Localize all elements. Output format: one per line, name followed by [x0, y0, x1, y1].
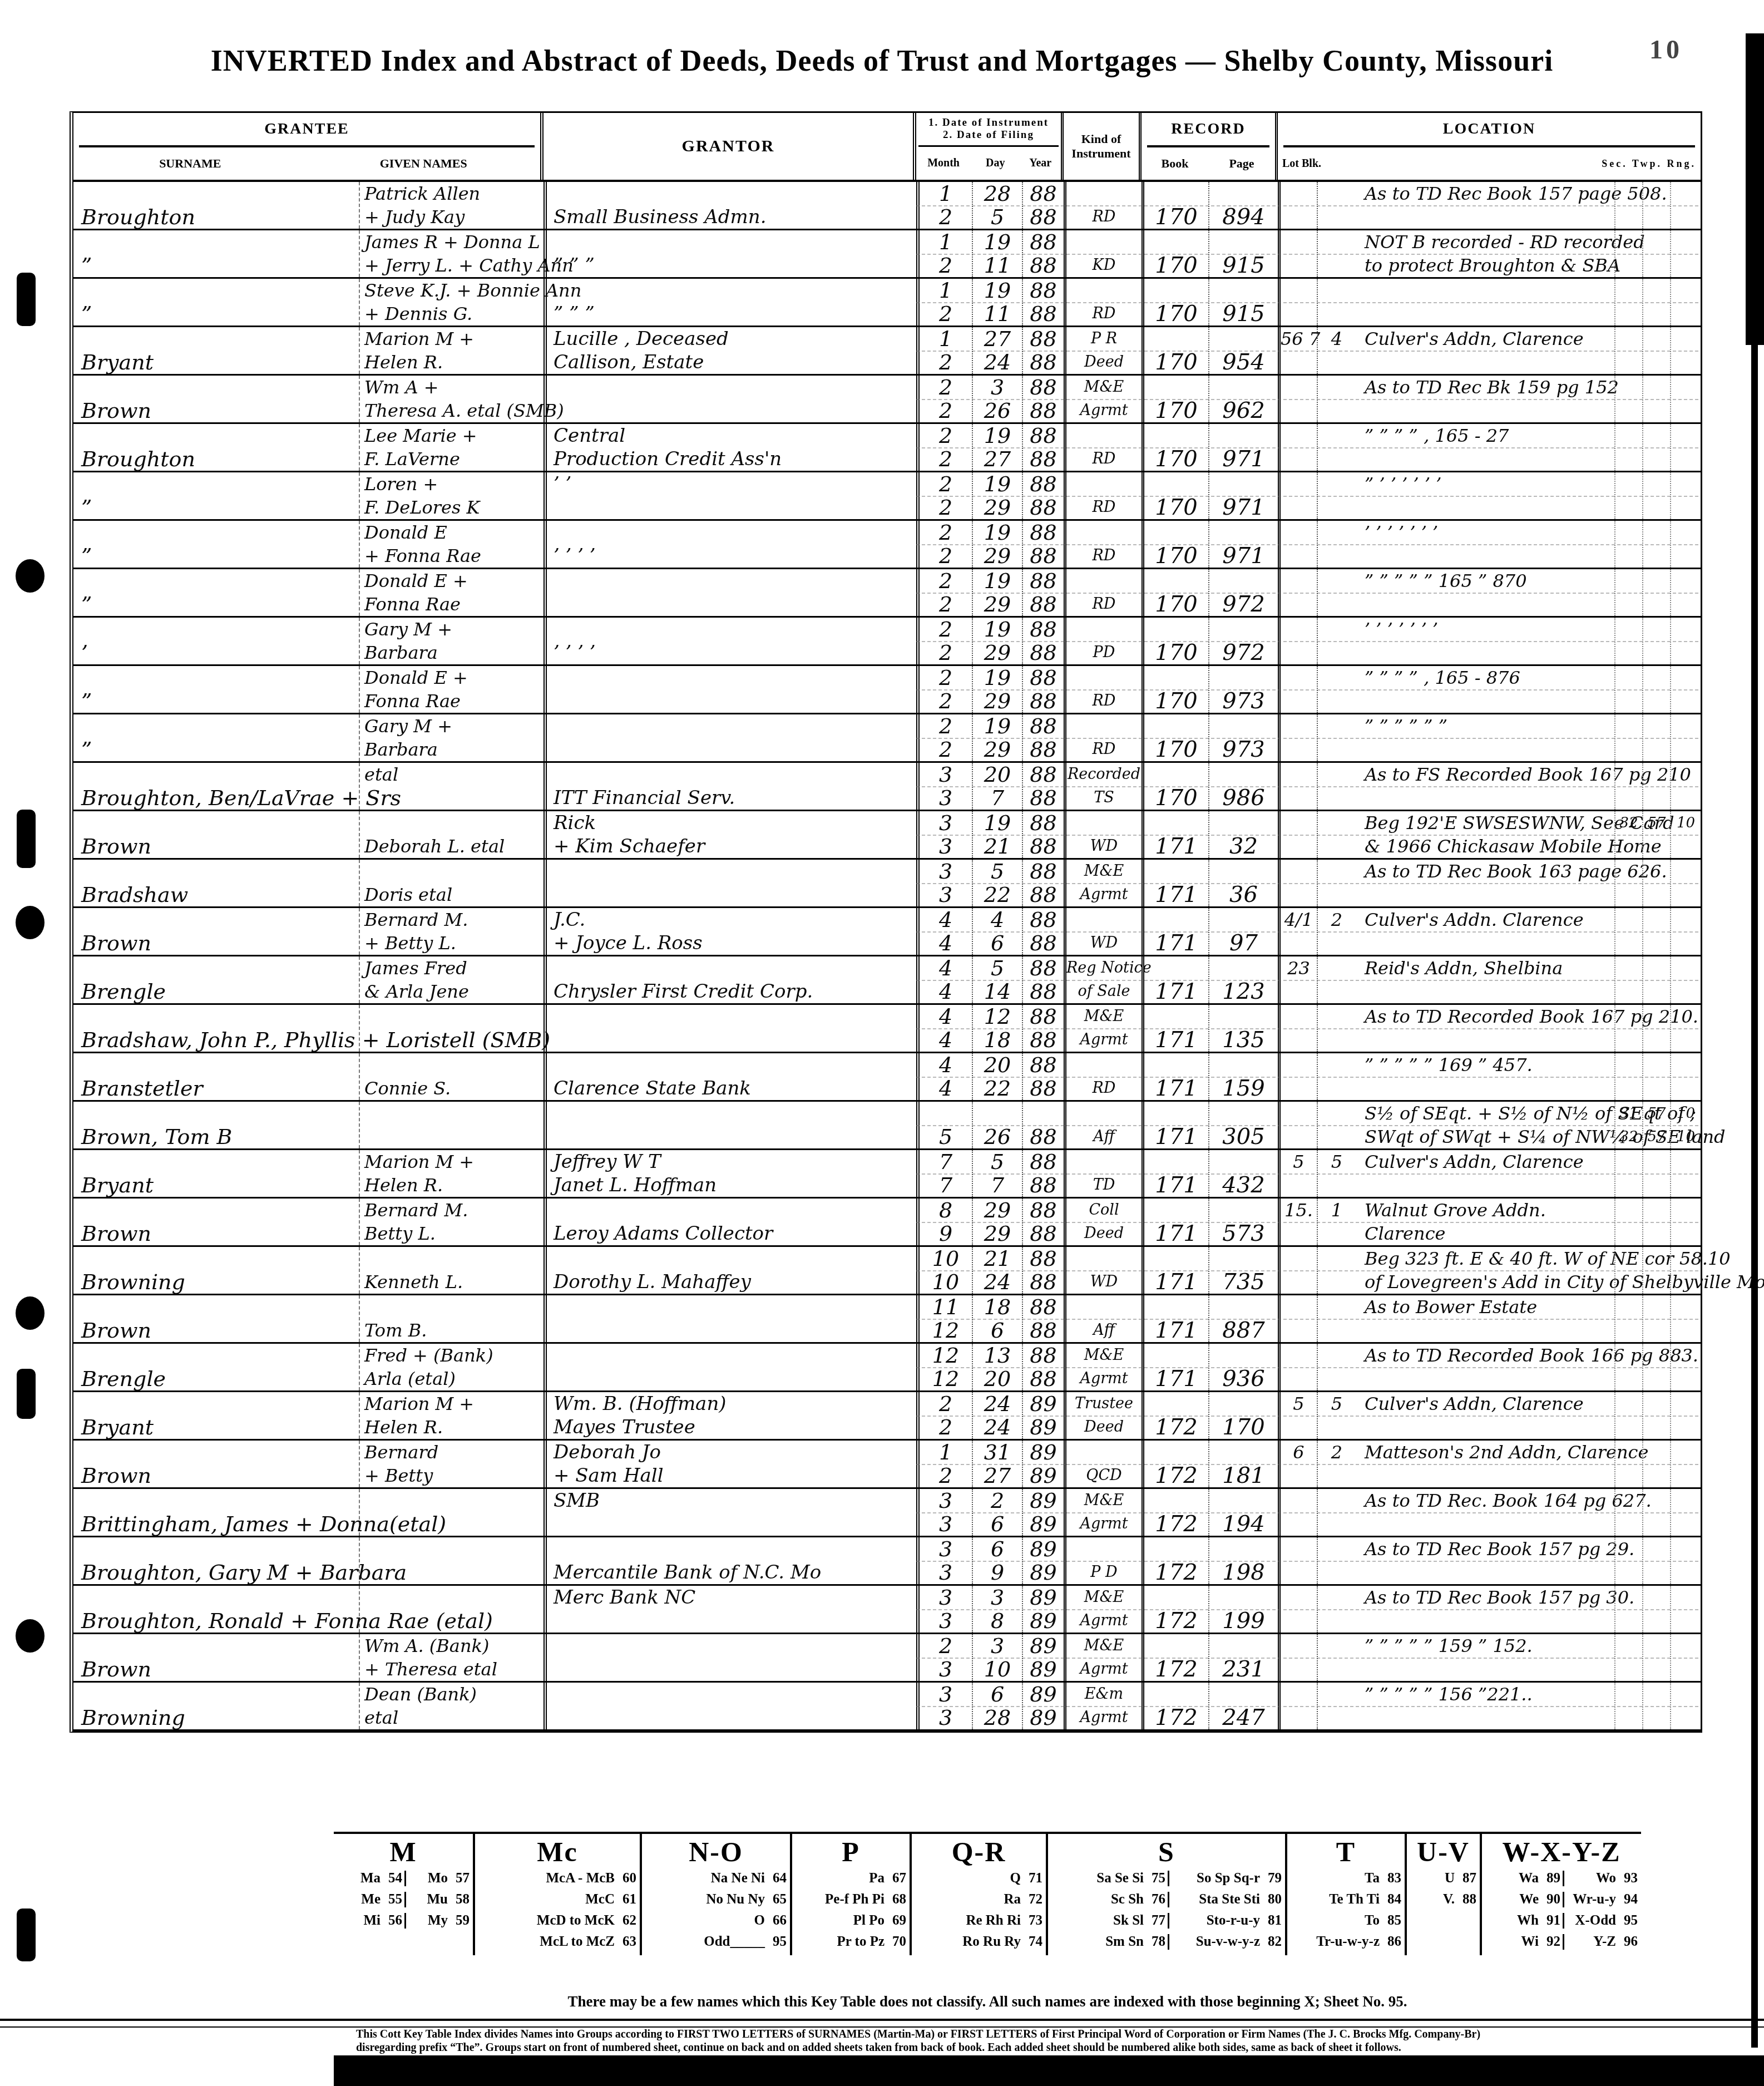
row-date-day: 1911 [972, 230, 1022, 277]
row-surname: ” [73, 569, 360, 616]
row-kind-of-instrument: QCD [1064, 1441, 1142, 1487]
row-surname: Brittingham, James + Donna(etal) [73, 1489, 360, 1536]
row-date-day: 326 [972, 376, 1022, 422]
row-given-names [360, 1489, 543, 1536]
row-date-year: 8888 [1022, 1344, 1064, 1390]
row-date-day: 186 [972, 1295, 1022, 1342]
row-rng [1670, 618, 1701, 664]
row-kind-of-instrument: M&EAgrmt [1064, 376, 1142, 422]
row-date-month: 22 [916, 376, 972, 422]
row-date-year: 8888 [1022, 1053, 1064, 1100]
row-rng [1670, 666, 1701, 713]
row-sec [1614, 376, 1642, 422]
row-twp [1642, 1586, 1670, 1633]
punch-hole-mark [16, 1619, 45, 1653]
row-grantor [543, 714, 916, 761]
fineprint-line1: This Cott Key Table Index divides Names … [356, 2028, 1725, 2041]
row-surname: ” [73, 666, 360, 713]
row-twp [1642, 1005, 1670, 1052]
row-date-year: 8888 [1022, 472, 1064, 519]
key-entry-number: 82 [1268, 1934, 1282, 1950]
row-lot: 23 [1278, 956, 1317, 1003]
row-record-book: 170 [1142, 472, 1208, 519]
row-grantor: Deborah Jo+ Sam Hall [543, 1441, 916, 1487]
row-blk [1317, 714, 1356, 761]
key-entry-label: Pe-f Ph Pi [795, 1892, 890, 1907]
key-section-title: M [337, 1836, 470, 1867]
row-record-page: 247 [1208, 1683, 1278, 1729]
row-record-book: 172 [1142, 1392, 1208, 1439]
row-location: Culver's Addn, Clarence [1356, 1150, 1614, 1197]
row-grantor [543, 1634, 916, 1681]
row-lot [1278, 472, 1317, 519]
row-date-month: 12 [916, 327, 972, 374]
row-date-year: 8888 [1022, 763, 1064, 810]
row-given-names: Gary M +Barbara [360, 618, 543, 664]
key-section-title: T [1291, 1836, 1401, 1867]
row-date-day: 1929 [972, 666, 1022, 713]
row-lot [1278, 666, 1317, 713]
key-entry-label: No Nu Ny [645, 1892, 770, 1907]
row-twp [1642, 1489, 1670, 1536]
row-surname: ’ [73, 618, 360, 664]
row-grantor [543, 1683, 916, 1729]
row-twp [1642, 1537, 1670, 1584]
row-surname: ” [73, 714, 360, 761]
key-entry-label: Wo [1563, 1871, 1622, 1886]
row-rng [1670, 1537, 1701, 1584]
row-sec [1614, 763, 1642, 810]
row-location: Beg 323 ft. E & 40 ft. W of NE cor 58.10… [1356, 1247, 1614, 1294]
row-sec [1614, 956, 1642, 1003]
row-record-book: 170 [1142, 182, 1208, 229]
row-blk [1317, 1683, 1356, 1729]
header-grantee: GRANTEE SURNAME GIVEN NAMES [73, 113, 543, 180]
row-lot [1278, 1247, 1317, 1294]
key-entry-label: Sa Se Si [1051, 1871, 1149, 1886]
row-date-month: 33 [916, 1489, 972, 1536]
row-kind-of-instrument: KD [1064, 230, 1142, 277]
row-kind-of-instrument: RD [1064, 424, 1142, 471]
row-date-year: 8989 [1022, 1586, 1064, 1633]
row-date-year: 8888 [1022, 666, 1064, 713]
row-date-day: 2124 [972, 1247, 1022, 1294]
row-record-page: 123 [1208, 956, 1278, 1003]
row-date-year: 8888 [1022, 1150, 1064, 1197]
row-twp: 5757 [1642, 1102, 1670, 1148]
row-location: ’ ’ ’ ’ ’ ’ ’ [1356, 521, 1614, 568]
row-given-names: Lee Marie +F. LaVerne [360, 424, 543, 471]
row-kind-of-instrument: RD [1064, 472, 1142, 519]
key-entry-label: Odd_____ [645, 1934, 770, 1950]
row-rng [1670, 327, 1701, 374]
row-given-names: Donald E +Fonna Rae [360, 569, 543, 616]
row-sec [1614, 1392, 1642, 1439]
row-date-day: 1929 [972, 569, 1022, 616]
row-given-names: Loren +F. DeLores K [360, 472, 543, 519]
table-row: BryantMarion M +Helen R.Jeffrey W TJanet… [73, 1150, 1701, 1199]
row-lot [1278, 1344, 1317, 1390]
row-record-book: 170 [1142, 714, 1208, 761]
row-blk [1317, 1489, 1356, 1536]
row-given-names: Wm A. (Bank)+ Theresa etal [360, 1634, 543, 1681]
row-record-page: 887 [1208, 1295, 1278, 1342]
row-twp [1642, 569, 1670, 616]
header-surname: SURNAME [73, 156, 307, 171]
row-kind-of-instrument: M&EAgrmt [1064, 1489, 1142, 1536]
row-sec [1614, 666, 1642, 713]
key-entry-number: 96 [1624, 1934, 1638, 1950]
row-grantor: Merc Bank NC [543, 1586, 916, 1633]
header-given-names: GIVEN NAMES [307, 156, 541, 171]
row-lot: 4/1 [1278, 908, 1317, 955]
row-twp [1642, 618, 1670, 664]
row-twp [1642, 908, 1670, 955]
scan-bottom-band [334, 2055, 1764, 2086]
row-date-year: 8888 [1022, 811, 1064, 858]
key-entry-number: 64 [773, 1871, 787, 1886]
row-lot [1278, 1586, 1317, 1633]
row-location: ” ” ” ” ” 165 ” 870 [1356, 569, 1614, 616]
row-given-names: Fred + (Bank)Arla (etal) [360, 1344, 543, 1390]
row-surname: Bryant [73, 327, 360, 374]
row-grantor: Dorothy L. Mahaffey [543, 1247, 916, 1294]
table-row: BrownBernard M.+ Betty L.J.C.+ Joyce L. … [73, 908, 1701, 956]
row-lot: 15. [1278, 1199, 1317, 1245]
row-record-page: 432 [1208, 1150, 1278, 1197]
row-given-names: Deborah L. etal [360, 811, 543, 858]
row-location: Reid's Addn, Shelbina [1356, 956, 1614, 1003]
row-sec [1614, 908, 1642, 955]
row-location: As to TD Rec Bk 159 pg 152 [1356, 376, 1614, 422]
row-lot [1278, 424, 1317, 471]
row-twp [1642, 666, 1670, 713]
row-surname: Broughton, Ben/LaVrae + Srs [73, 763, 360, 810]
row-location: S½ of SEqt. + S½ of N½ of SEqt of ;SWqt … [1356, 1102, 1614, 1148]
row-date-year: 8888 [1022, 424, 1064, 471]
row-date-month: 12 [916, 230, 972, 277]
header-kind: Kind of Instrument [1064, 113, 1142, 180]
row-surname: Brown [73, 908, 360, 955]
row-lot [1278, 182, 1317, 229]
row-surname: Branstetler [73, 1053, 360, 1100]
row-given-names: Bernard M.Betty L. [360, 1199, 543, 1245]
row-date-month: 1010 [916, 1247, 972, 1294]
row-sec [1614, 1634, 1642, 1681]
key-entry-label: Ma [337, 1871, 386, 1886]
row-twp [1642, 182, 1670, 229]
row-date-day: 57 [972, 1150, 1022, 1197]
row-record-page: 199 [1208, 1586, 1278, 1633]
row-date-day: 69 [972, 1537, 1022, 1584]
row-grantor: ’ ’ ’ ’ [543, 618, 916, 664]
row-record-book: 171 [1142, 811, 1208, 858]
row-date-year: 8888 [1022, 327, 1064, 374]
row-twp [1642, 1344, 1670, 1390]
row-date-year: 8888 [1022, 1199, 1064, 1245]
row-location: As to TD Rec Book 157 page 508. [1356, 182, 1614, 229]
key-entry-label: Me [337, 1892, 386, 1907]
key-entry-number: 72 [1029, 1892, 1042, 1907]
row-rng [1670, 472, 1701, 519]
key-entry-number: 71 [1029, 1871, 1042, 1886]
row-kind-of-instrument: RD [1064, 714, 1142, 761]
row-record-book: 171 [1142, 908, 1208, 955]
row-date-day: 1320 [972, 1344, 1022, 1390]
header-grantor: GRANTOR [543, 113, 916, 180]
key-entry-number: 80 [1268, 1892, 1282, 1907]
row-surname: ” [73, 472, 360, 519]
key-table-footnote: There may be a few names which this Key … [334, 1993, 1641, 2010]
row-date-month: 22 [916, 569, 972, 616]
row-kind-of-instrument: WD [1064, 811, 1142, 858]
key-entry-number: 88 [1462, 1892, 1476, 1907]
row-rng [1670, 1634, 1701, 1681]
row-given-names: Donald E +Fonna Rae [360, 666, 543, 713]
row-location: ” ’ ’ ’ ’ ’ ’ [1356, 472, 1614, 519]
key-entry-label: Q [915, 1871, 1026, 1886]
key-entry-number: 90 [1546, 1892, 1560, 1907]
row-record-page: 915 [1208, 279, 1278, 326]
header-page: Page [1208, 156, 1275, 171]
row-rng [1670, 1295, 1701, 1342]
scanned-ledger-page: INVERTED Index and Abstract of Deeds, De… [0, 0, 1764, 2086]
row-lot [1278, 618, 1317, 664]
row-location: ’ ’ ’ ’ ’ ’ ’ [1356, 618, 1614, 664]
row-lot [1278, 763, 1317, 810]
key-entry-number: 95 [773, 1934, 787, 1950]
row-date-month: 1112 [916, 1295, 972, 1342]
key-entry-label: Te Th Ti [1291, 1892, 1385, 1907]
row-rng [1670, 1150, 1701, 1197]
table-row: Brown, Tom B52688Aff171305S½ of SEqt. + … [73, 1102, 1701, 1150]
row-given-names: Steve K.J. + Bonnie Ann+ Dennis G. [360, 279, 543, 326]
row-date-day: 1929 [972, 714, 1022, 761]
table-row: Brittingham, James + Donna(etal)SMB33268… [73, 1489, 1701, 1537]
row-blk [1317, 956, 1356, 1003]
table-row: BrownBernard+ BettyDeborah Jo+ Sam Hall1… [73, 1441, 1701, 1489]
table-row: ”Gary M +Barbara2219298888RD170973” ” ” … [73, 714, 1701, 763]
key-entry-label: Na Ne Ni [645, 1871, 770, 1886]
row-rng [1670, 1441, 1701, 1487]
table-row: ’Gary M +Barbara’ ’ ’ ’2219298888PD17097… [73, 618, 1701, 666]
row-record-book: 170 [1142, 279, 1208, 326]
row-sec: 32 [1614, 811, 1642, 858]
key-section-title: W-X-Y-Z [1485, 1836, 1638, 1867]
header-location: LOCATION Lot Blk. Sec. Twp. Rng. [1278, 113, 1701, 180]
row-date-year: 8989 [1022, 1489, 1064, 1536]
key-section-q-r: Q-RQ71Ra72Re Rh Ri73Ro Ru Ry74 [910, 1834, 1046, 1955]
key-entry-label: My [404, 1913, 453, 1929]
row-kind-of-instrument: RD [1064, 182, 1142, 229]
row-rng [1670, 376, 1701, 422]
row-grantor: SMB [543, 1489, 916, 1536]
key-entry-label: Pr to Pz [795, 1934, 890, 1950]
row-given-names: Tom B. [360, 1295, 543, 1342]
row-surname: ” [73, 521, 360, 568]
row-record-book: 171 [1142, 1199, 1208, 1245]
row-blk [1317, 1102, 1356, 1148]
row-date-month: 12 [916, 1441, 972, 1487]
row-record-page: 735 [1208, 1247, 1278, 1294]
row-record-book: 170 [1142, 521, 1208, 568]
row-surname: ” [73, 230, 360, 277]
header-grantee-label: GRANTEE [79, 113, 535, 147]
key-entry-number: 58 [456, 1892, 470, 1907]
row-date-day: 1911 [972, 279, 1022, 326]
row-blk [1317, 1247, 1356, 1294]
row-date-month: 12 [916, 182, 972, 229]
row-sec [1614, 618, 1642, 664]
row-record-book: 171 [1142, 1247, 1208, 1294]
punch-hole-mark [16, 1296, 45, 1330]
table-row: BrownDeborah L. etalRick+ Kim Schaefer33… [73, 811, 1701, 860]
row-lot: 6 [1278, 1441, 1317, 1487]
row-rng [1670, 569, 1701, 616]
row-date-month: 22 [916, 666, 972, 713]
row-record-book: 172 [1142, 1489, 1208, 1536]
row-sec [1614, 1489, 1642, 1536]
row-location: ” ” ” ” ” 156 ”221.. [1356, 1683, 1614, 1729]
key-section-w-x-y-z: W-X-Y-ZWa89Wo93We90Wr-u-y94Wh91X-Odd95Wi… [1480, 1834, 1641, 1955]
row-grantor: Lucille , DeceasedCallison, Estate [543, 327, 916, 374]
key-entry-number: 56 [388, 1913, 402, 1929]
row-date-year: 8888 [1022, 908, 1064, 955]
row-rng [1670, 908, 1701, 955]
sheet-number: 10 [1649, 34, 1683, 65]
key-entry-label: So Sp Sq-r [1168, 1871, 1266, 1886]
row-given-names: Connie S. [360, 1053, 543, 1100]
row-kind-of-instrument: Aff [1064, 1102, 1142, 1148]
row-twp [1642, 763, 1670, 810]
key-entry-number: 76 [1152, 1892, 1165, 1907]
divider-rule [0, 2019, 1764, 2028]
row-sec [1614, 1150, 1642, 1197]
row-surname: Broughton, Ronald + Fonna Rae (etal) [73, 1586, 360, 1633]
key-entry-number: 77 [1152, 1913, 1165, 1929]
key-entry-label: Ta [1291, 1871, 1385, 1886]
row-kind-of-instrument: P D [1064, 1537, 1142, 1584]
row-lot [1278, 860, 1317, 906]
row-record-page: 971 [1208, 472, 1278, 519]
row-lot [1278, 1634, 1317, 1681]
table-row: Broughton, Ben/LaVrae + SrsetalITT Finan… [73, 763, 1701, 811]
key-entry-label: McA - McB [478, 1871, 620, 1886]
header-dates: 1. Date of Instrument 2. Date of Filing … [916, 113, 1064, 180]
key-section-title: U-V [1410, 1836, 1476, 1867]
row-twp [1642, 1683, 1670, 1729]
row-record-page: 954 [1208, 327, 1278, 374]
row-location: Culver's Addn. Clarence [1356, 908, 1614, 955]
punch-hole-mark [17, 810, 36, 868]
row-sec [1614, 1344, 1642, 1390]
row-record-page: 973 [1208, 666, 1278, 713]
key-entry-label: Mo [404, 1871, 453, 1886]
row-blk [1317, 182, 1356, 229]
key-entry-number: 75 [1152, 1871, 1165, 1886]
key-entry-label: Sta Ste Sti [1168, 1892, 1266, 1907]
key-entry-label: Tr-u-w-y-z [1291, 1934, 1385, 1950]
row-date-day: 2724 [972, 327, 1022, 374]
row-record-page: 936 [1208, 1344, 1278, 1390]
row-grantor: Mercantile Bank of N.C. Mo [543, 1537, 916, 1584]
row-sec [1614, 1199, 1642, 1245]
key-entry-label: Ra [915, 1892, 1026, 1907]
table-row: BrownTom B.11121868888Aff171887As to Bow… [73, 1295, 1701, 1344]
row-record-book: 171 [1142, 956, 1208, 1003]
row-date-day: 522 [972, 860, 1022, 906]
row-surname: Brown, Tom B [73, 1102, 360, 1148]
row-rng [1670, 1053, 1701, 1100]
row-blk [1317, 1005, 1356, 1052]
table-row: BrowningDean (Bank)etal336288989E&mAgrmt… [73, 1683, 1701, 1731]
key-entry-number: 69 [892, 1913, 906, 1929]
row-given-names: Kenneth L. [360, 1247, 543, 1294]
table-row: BrownWm A. (Bank)+ Theresa etal233108989… [73, 1634, 1701, 1683]
row-twp [1642, 1295, 1670, 1342]
row-given-names: Donald E+ Fonna Rae [360, 521, 543, 568]
table-row: BrengleFred + (Bank)Arla (etal)121213208… [73, 1344, 1701, 1392]
row-record-book: 171 [1142, 1344, 1208, 1390]
row-blk [1317, 763, 1356, 810]
row-kind-of-instrument: E&mAgrmt [1064, 1683, 1142, 1729]
key-section-p: PPa67Pe-f Ph Pi68Pl Po69Pr to Pz70 [790, 1834, 910, 1955]
row-lot [1278, 1005, 1317, 1052]
row-twp: 57 [1642, 811, 1670, 858]
row-location: As to TD Rec Book 157 pg 30. [1356, 1586, 1614, 1633]
key-section-mc: McMcA - McB60McC61McD to McK62McL to McZ… [473, 1834, 640, 1955]
key-section-title: Q-R [915, 1836, 1042, 1867]
row-given-names [360, 1586, 543, 1633]
row-date-month: 44 [916, 956, 972, 1003]
key-entry-number: 83 [1387, 1871, 1401, 1886]
key-entry-label: Wa [1485, 1871, 1544, 1886]
table-row: BranstetlerConnie S.Clarence State Bank4… [73, 1053, 1701, 1102]
row-date-month: 1212 [916, 1344, 972, 1390]
row-given-names: Wm A +Theresa A. etal (SMB) [360, 376, 543, 422]
row-blk [1317, 569, 1356, 616]
header-record: RECORD Book Page [1142, 113, 1278, 180]
row-date-day: 1921 [972, 811, 1022, 858]
header-location-label: LOCATION [1283, 113, 1695, 147]
row-lot [1278, 1053, 1317, 1100]
row-record-page: 986 [1208, 763, 1278, 810]
table-header: GRANTEE SURNAME GIVEN NAMES GRANTOR 1. D… [73, 113, 1701, 182]
row-grantor: Leroy Adams Collector [543, 1199, 916, 1245]
row-grantor: ’ ’ [543, 472, 916, 519]
table-row: BrownWm A +Theresa A. etal (SMB)22326888… [73, 376, 1701, 424]
row-blk [1317, 521, 1356, 568]
row-rng [1670, 763, 1701, 810]
key-entry-number: 57 [456, 1871, 470, 1886]
row-blk [1317, 230, 1356, 277]
row-rng [1670, 230, 1701, 277]
key-entry-number: 94 [1624, 1892, 1638, 1907]
row-location: As to FS Recorded Book 167 pg 210 [1356, 763, 1614, 810]
row-date-day: 26 [972, 1102, 1022, 1148]
key-entry-label: V. [1410, 1892, 1460, 1907]
row-date-month: 22 [916, 1392, 972, 1439]
row-date-month: 5 [916, 1102, 972, 1148]
key-entry-label: Wi [1485, 1934, 1544, 1950]
row-record-book: 170 [1142, 230, 1208, 277]
key-entry-label: Y-Z [1563, 1934, 1622, 1950]
row-twp [1642, 327, 1670, 374]
row-date-day: 2424 [972, 1392, 1022, 1439]
row-date-month: 89 [916, 1199, 972, 1245]
row-twp [1642, 1199, 1670, 1245]
row-twp [1642, 714, 1670, 761]
